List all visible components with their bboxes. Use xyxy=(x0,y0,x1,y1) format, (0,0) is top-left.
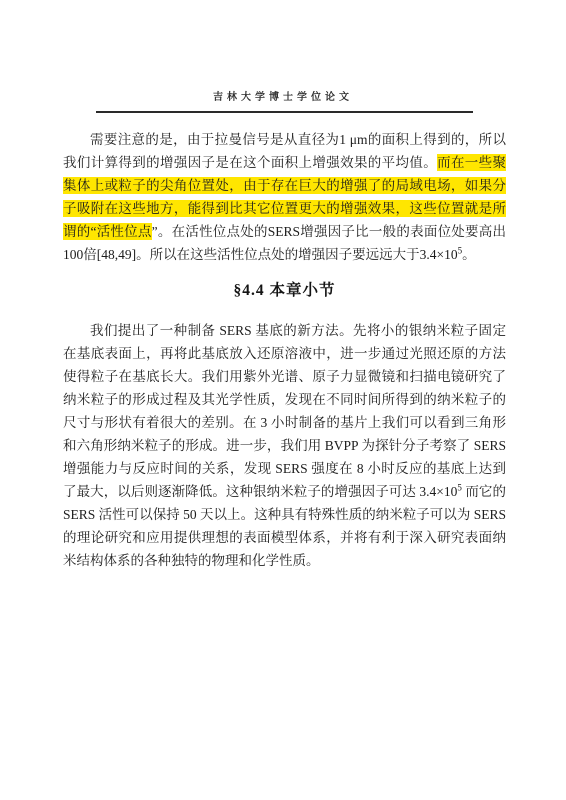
section-heading: §4.4 本章小节 xyxy=(63,280,506,302)
paragraph-discussion: 需要注意的是，由于拉曼信号是从直径为1 μm的面积上得到的，所以我们计算得到的增… xyxy=(63,128,506,266)
page-content: 需要注意的是，由于拉曼信号是从直径为1 μm的面积上得到的，所以我们计算得到的增… xyxy=(63,128,506,572)
header-rule-divider xyxy=(96,111,473,113)
para2-text-part1: 我们提出了一种制备 SERS 基底的新方法。先将小的银纳米粒子固定在基底表面上，… xyxy=(63,323,506,499)
para1-tail: 。 xyxy=(462,247,476,262)
document-page: 吉林大学博士学位论文 需要注意的是，由于拉曼信号是从直径为1 μm的面积上得到的… xyxy=(0,0,566,800)
running-header-title: 吉林大学博士学位论文 xyxy=(0,88,566,103)
paragraph-summary: 我们提出了一种制备 SERS 基底的新方法。先将小的银纳米粒子固定在基底表面上，… xyxy=(63,319,506,572)
